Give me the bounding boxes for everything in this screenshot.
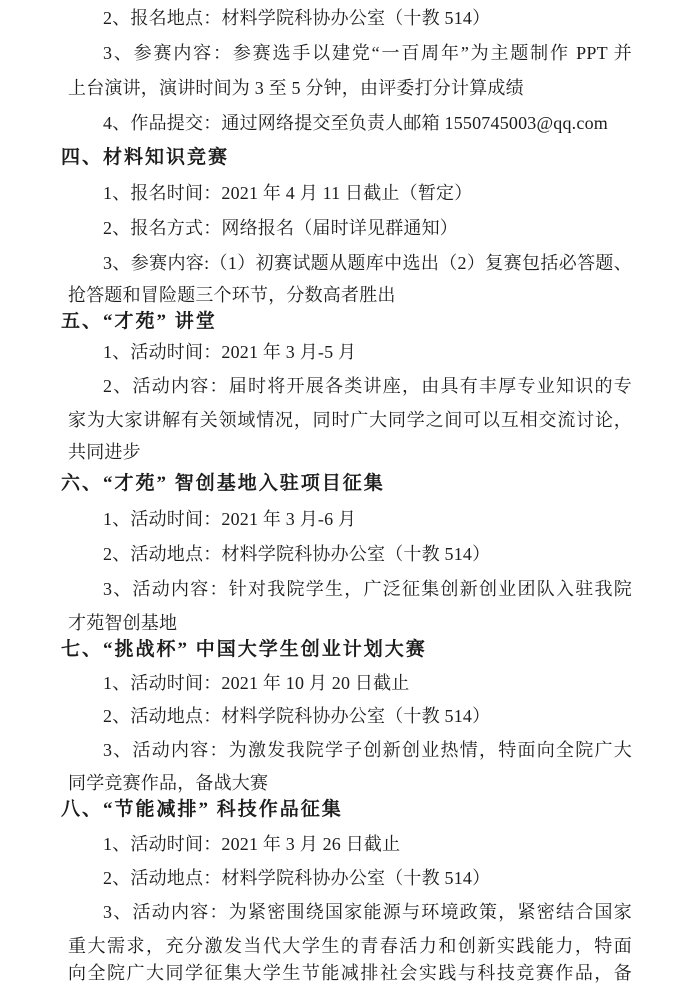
doc-line: 1、报名时间：2021 年 4 月 11 日截止（暂定） [103,180,632,206]
doc-line: 重大需求，充分激发当代大学生的青春活力和创新实践能力，特面 [68,933,632,959]
doc-line: 4、作品提交：通过网络提交至负责人邮箱 1550745003@qq.com [103,110,632,136]
doc-line: 2、报名方式：网络报名（届时详见群通知） [103,215,632,241]
doc-line: 1、活动时间：2021 年 3 月-6 月 [103,506,632,532]
section-heading: 四、材料知识竞赛 [61,145,636,171]
doc-line: 1、活动时间：2021 年 10 月 20 日截止 [103,670,632,696]
section-heading: 六、“才苑” 智创基地入驻项目征集 [61,471,636,497]
doc-line: 共同进步 [68,439,632,465]
doc-line: 1、活动时间：2021 年 3 月 26 日截止 [103,831,632,857]
doc-line: 3、活动内容：为激发我院学子创新创业热情，特面向全院广大 [103,737,632,763]
section-heading: 八、“节能减排” 科技作品征集 [61,797,636,823]
doc-line: 1、活动时间：2021 年 3 月-5 月 [103,339,632,365]
doc-line: 2、活动地点：材料学院科协办公室（十教 514） [103,865,632,891]
doc-line: 3、活动内容：针对我院学生，广泛征集创新创业团队入驻我院 [103,576,632,602]
section-heading: 七、“挑战杯” 中国大学生创业计划大赛 [61,637,636,663]
document-page: 2、报名地点：材料学院科协办公室（十教 514）3、参赛内容：参赛选手以建党“一… [0,0,700,990]
section-heading: 五、“才苑” 讲堂 [61,309,636,335]
doc-line: 2、活动地点：材料学院科协办公室（十教 514） [103,703,632,729]
doc-line: 2、活动地点：材料学院科协办公室（十教 514） [103,541,632,567]
doc-line: 才苑智创基地 [68,610,632,636]
doc-line: 家为大家讲解有关领域情况，同时广大同学之间可以互相交流讨论， [68,407,632,433]
doc-line: 3、参赛内容:（1）初赛试题从题库中选出（2）复赛包括必答题、 [103,250,632,276]
doc-line: 上台演讲，演讲时间为 3 至 5 分钟，由评委打分计算成绩 [68,75,632,101]
doc-line: 3、参赛内容：参赛选手以建党“一百周年”为主题制作 PPT 并 [103,40,632,66]
doc-line: 3、活动内容：为紧密围绕国家能源与环境政策，紧密结合国家 [103,899,632,925]
doc-line: 抢答题和冒险题三个环节，分数高者胜出 [68,282,632,308]
doc-line: 2、报名地点：材料学院科协办公室（十教 514） [103,5,632,31]
doc-line: 2、活动内容：届时将开展各类讲座，由具有丰厚专业知识的专 [103,373,632,399]
doc-line: 同学竞赛作品，备战大赛 [68,770,632,796]
doc-line: 向全院广大同学征集大学生节能减排社会实践与科技竞赛作品，备 [68,960,632,986]
